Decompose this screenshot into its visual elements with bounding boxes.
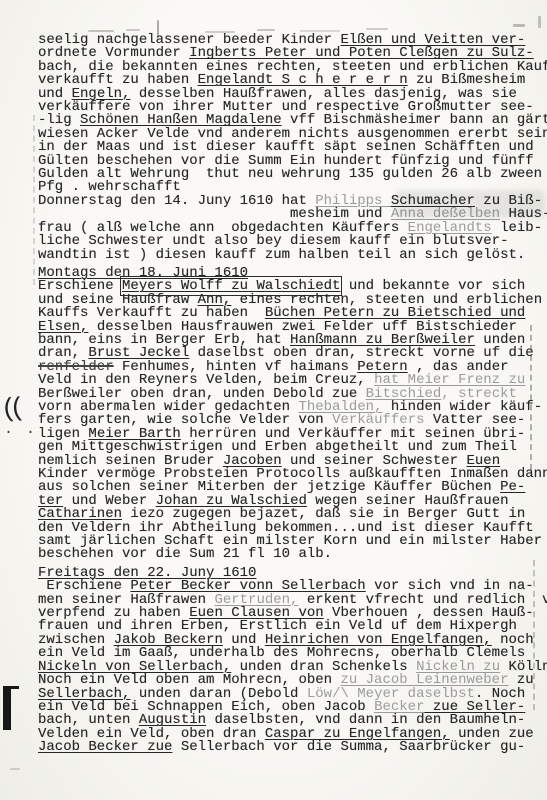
- scan-artifact: [257, 29, 275, 31]
- scanned-page: seelig nachgelassener beeder Kinder Elße…: [0, 0, 547, 800]
- document-lines: seelig nachgelassener beeder Kinder Elße…: [38, 34, 547, 755]
- scan-artifact: [10, 768, 20, 770]
- text-segment: beschehen vor die Sum 21 fl 10 alb.: [38, 546, 332, 562]
- margin-bar-mark: [3, 686, 11, 730]
- text-segment: Sellerbach vor die Summa, Saarbrücker gu…: [172, 739, 525, 755]
- scan-artifact: [533, 560, 535, 710]
- scan-artifact: [205, 31, 235, 33]
- scan-artifact: [33, 115, 35, 285]
- scan-artifact: [513, 24, 525, 27]
- scan-artifact: [157, 20, 159, 37]
- margin-dots-mark: · ·: [4, 424, 37, 441]
- scan-artifact: [88, 30, 114, 32]
- scan-artifact: [366, 28, 388, 30]
- scan-smudge: [395, 190, 545, 218]
- scan-artifact: [300, 30, 340, 32]
- text-segment: Jacob Becker zue: [38, 739, 172, 755]
- margin-double-paren-mark: ((: [0, 395, 19, 422]
- text-line: beschehen vor die Sum 21 fl 10 alb.: [38, 548, 547, 561]
- scan-artifact: [126, 29, 140, 31]
- text-line: Jacob Becker zue Sellerbach vor die Summ…: [38, 741, 547, 754]
- text-segment: Donnerstag den 14. Juny 1610 hat: [38, 193, 315, 209]
- margin-bar-mark-stub: [3, 686, 19, 689]
- text-line: wandtin ist ) diesen kauff zum halben te…: [38, 249, 547, 262]
- text-segment: wandtin ist ) diesen kauff zum halben te…: [38, 247, 525, 263]
- scan-artifact: [538, 16, 541, 28]
- scan-artifact: [530, 325, 532, 470]
